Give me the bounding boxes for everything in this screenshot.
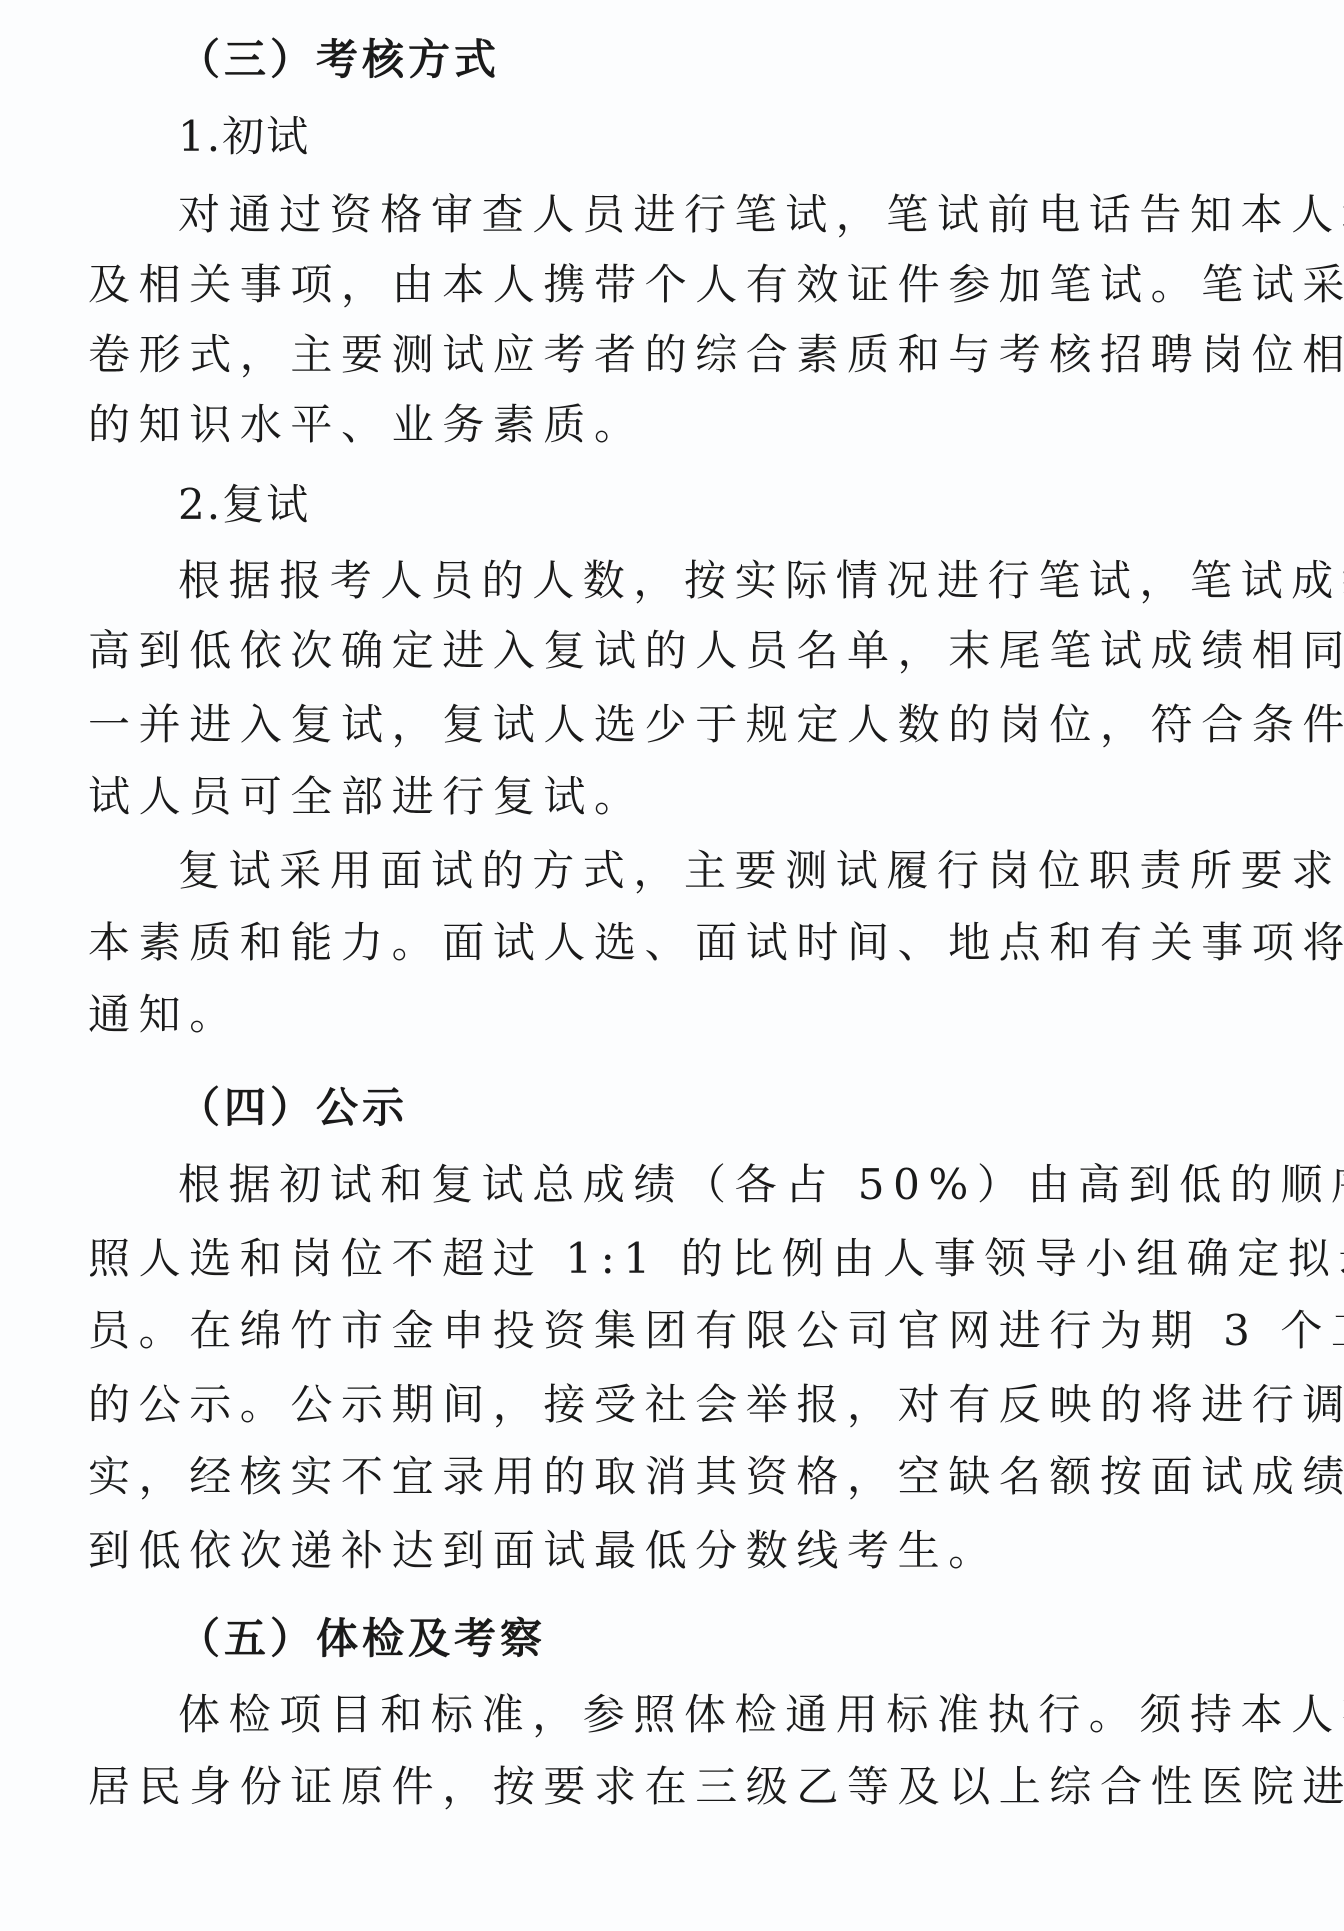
paragraph-line: 复试采用面试的方式，主要测试履行岗位职责所要求的基 (178, 846, 1344, 896)
subsection-title-preliminary: 1.初试 (178, 112, 1344, 162)
paragraph-line: 照人选和岗位不超过 1:1 的比例由人事领导小组确定拟录用人 (88, 1234, 1288, 1284)
paragraph-line: 及相关事项，由本人携带个人有效证件参加笔试。笔试采取闭 (88, 260, 1288, 310)
paragraph-line: 员。在绵竹市金申投资集团有限公司官网进行为期 3 个工作日 (88, 1306, 1288, 1356)
paragraph-line: 高到低依次确定进入复试的人员名单，末尾笔试成绩相同的可 (88, 626, 1288, 676)
section-heading-publicity: （四）公示 (178, 1083, 1344, 1133)
paragraph-line: 根据报考人员的人数，按实际情况进行笔试，笔试成绩从 (178, 556, 1344, 606)
paragraph-line: 对通过资格审查人员进行笔试，笔试前电话告知本人地点 (178, 190, 1344, 240)
section-heading-medical-exam: （五）体检及考察 (178, 1614, 1344, 1664)
paragraph-line: 卷形式，主要测试应考者的综合素质和与考核招聘岗位相适应 (88, 330, 1288, 380)
paragraph-line: 居民身份证原件，按要求在三级乙等及以上综合性医院进行体 (88, 1762, 1288, 1812)
paragraph-line: 根据初试和复试总成绩（各占 50%）由高到低的顺序，按 (178, 1160, 1344, 1210)
paragraph-line: 一并进入复试，复试人选少于规定人数的岗位，符合条件的笔 (88, 700, 1288, 750)
paragraph-line: 通知。 (88, 990, 1288, 1040)
paragraph-line: 试人员可全部进行复试。 (88, 772, 1288, 822)
document-page: （三）考核方式 1.初试 对通过资格审查人员进行笔试，笔试前电话告知本人地点 及… (0, 0, 1344, 1931)
section-heading-assessment: （三）考核方式 (178, 35, 1344, 85)
subsection-title-second-round: 2.复试 (178, 480, 1344, 530)
paragraph-line: 的公示。公示期间，接受社会举报，对有反映的将进行调查核 (88, 1380, 1288, 1430)
paragraph-line: 体检项目和标准，参照体检通用标准执行。须持本人有效 (178, 1690, 1344, 1740)
paragraph-line: 本素质和能力。面试人选、面试时间、地点和有关事项将电话 (88, 918, 1288, 968)
paragraph-line: 的知识水平、业务素质。 (88, 400, 1288, 450)
paragraph-line: 实，经核实不宜录用的取消其资格，空缺名额按面试成绩从高 (88, 1452, 1288, 1502)
paragraph-line: 到低依次递补达到面试最低分数线考生。 (88, 1526, 1288, 1576)
